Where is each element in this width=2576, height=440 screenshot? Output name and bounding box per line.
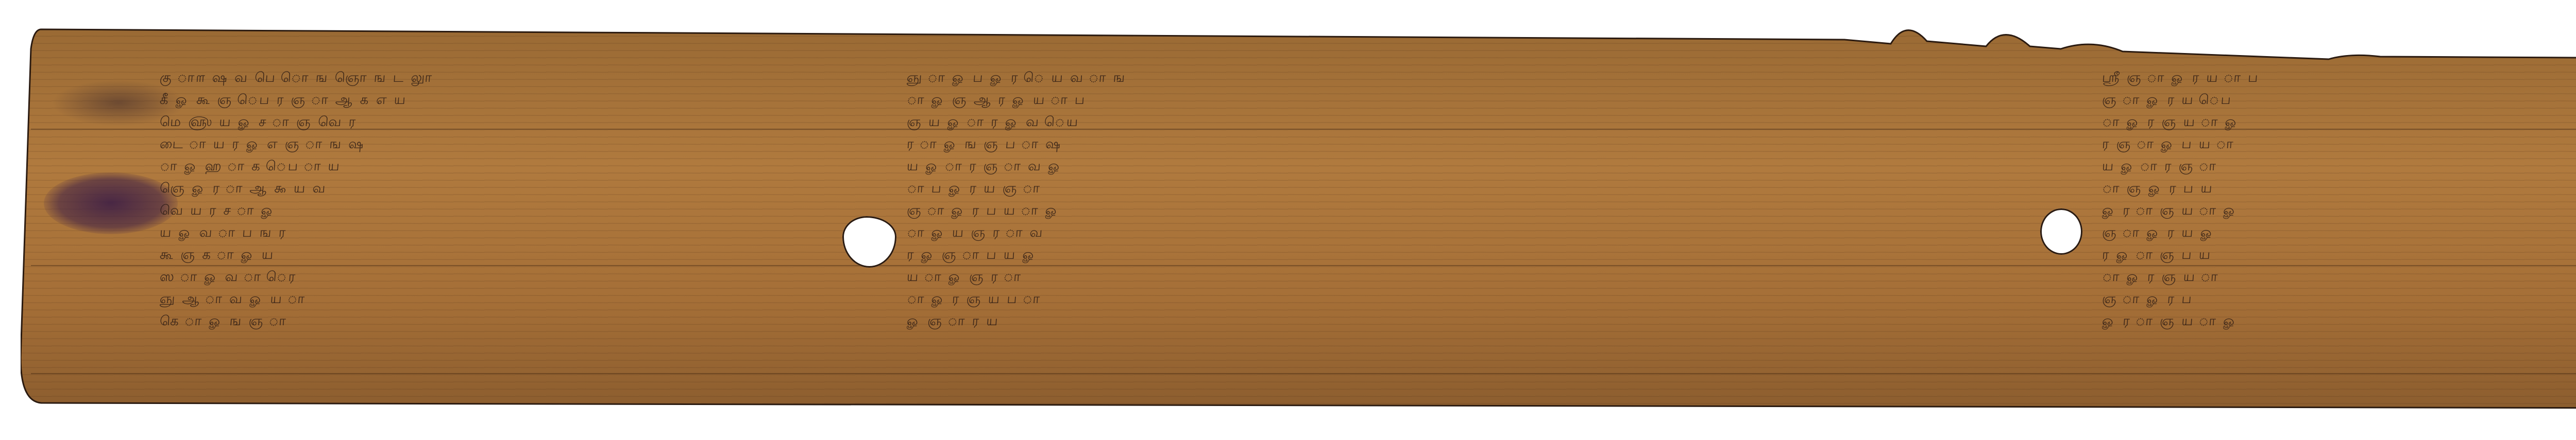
text-line: ா ௐ ய ஞ ர ா வ — [907, 222, 2014, 244]
text-column-right: ஸ்ரீ ஞ ா ௐ ர ய ா ப ஞ ா ௐ ர ய ெப ா ௐ ர ஞ … — [2102, 67, 2576, 332]
text-line: ய ௐ ா ர ஞ ா வ ௐ — [907, 155, 2014, 178]
string-hole-right — [2040, 208, 2082, 255]
text-line: ா ௐ ஞ ஆ ர ௐ ய ா ப — [907, 89, 2014, 111]
palm-leaf: கு ா௱ ஷ வ பெ ாெ ங ஞொ ங ட லுா கீ ௐ கூ ஞ ெ… — [21, 18, 2576, 419]
text-line: ஸ்ரீ ஞ ா ௐ ர ய ா ப — [2102, 67, 2576, 89]
text-line: ய ௐ வ ா ப ங ர — [160, 222, 829, 244]
text-line: ஞு ா ௐ ப ௐ ர ெ ய வ ா ங — [907, 67, 2014, 89]
text-line: கெ ா ௐ ங ஞ ா — [160, 310, 829, 332]
text-line: ா ௐ ர ஞ ய ப ா — [907, 288, 2014, 310]
text-line: ா ௐ ஹ ா க ெப ா ய — [160, 155, 829, 178]
text-line: ஞ ய ௐ ா ர ௐ வ ெய — [907, 111, 2014, 133]
text-line: ா ௐ ர ஞ ய ா ௐ — [2102, 111, 2576, 133]
text-line: ய ௐ ா ர ஞ ா — [2102, 155, 2576, 178]
text-line: ௐ ர ா ஞ ய ா ௐ — [2102, 200, 2576, 222]
text-line: ா ப ௐ ர ய ஞ ா — [907, 178, 2014, 200]
text-line: ௐ ஞ ா ர ய — [907, 310, 2014, 332]
text-line: ா ௐ ர ஞ ய ா — [2102, 266, 2576, 288]
text-line: ஞு ஆ ா வ ௐ ய ா — [160, 288, 829, 310]
text-line: ஞ ா ௐ ர ப — [2102, 288, 2576, 310]
text-line: கு ா௱ ஷ வ பெ ாெ ங ஞொ ங ட லுா — [160, 67, 829, 89]
text-line: ர ௐ ஞ ா ப ய ௐ — [907, 244, 2014, 266]
text-line: ர ா ௐ ங ஞ ப ா ஷ — [907, 133, 2014, 155]
text-line: ர ஞ ா ௐ ப ய ா — [2102, 133, 2576, 155]
text-line: கூ ஞ க ா ௐ ய — [160, 244, 829, 266]
text-line: வெ ய ர ச ா ௐ — [160, 200, 829, 222]
text-column-middle: ஞு ா ௐ ப ௐ ர ெ ய வ ா ங ா ௐ ஞ ஆ ர ௐ ய ா ப… — [907, 67, 2014, 332]
text-line: டை ா ய ர ௐ எ ஞ ா ங ஷ — [160, 133, 829, 155]
text-line: ஸ ா ௐ வ ா ெர — [160, 266, 829, 288]
text-line: ய ா ௐ ஞ ர ா — [907, 266, 2014, 288]
text-line: ஞ ா ௐ ர ய ெப — [2102, 89, 2576, 111]
text-line: ா ஞ ௐ ர ப ய — [2102, 178, 2576, 200]
text-column-left: கு ா௱ ஷ வ பெ ாெ ங ஞொ ங ட லுா கீ ௐ கூ ஞ ெ… — [160, 67, 829, 332]
text-line: ஞ ா ௐ ர ப ய ா ௐ — [907, 200, 2014, 222]
text-line: கீ ௐ கூ ஞ ெப ர ஞ ா ஆ ௧ எ ய — [160, 89, 829, 111]
text-line: ர ௐ ா ஞ ப ய — [2102, 244, 2576, 266]
text-line: ௐ ர ா ஞ ய ா ௐ — [2102, 310, 2576, 332]
text-line: ஞெ ௐ ர ா ஆ ௯ ய வ — [160, 178, 829, 200]
ruling-line — [31, 373, 2576, 374]
text-line: ஞ ா ௐ ர ய ௐ — [2102, 222, 2576, 244]
ink-blot-stain — [44, 172, 178, 234]
text-line: மெ ௵ ய ௐ ச ா ஞ வெ ர — [160, 111, 829, 133]
